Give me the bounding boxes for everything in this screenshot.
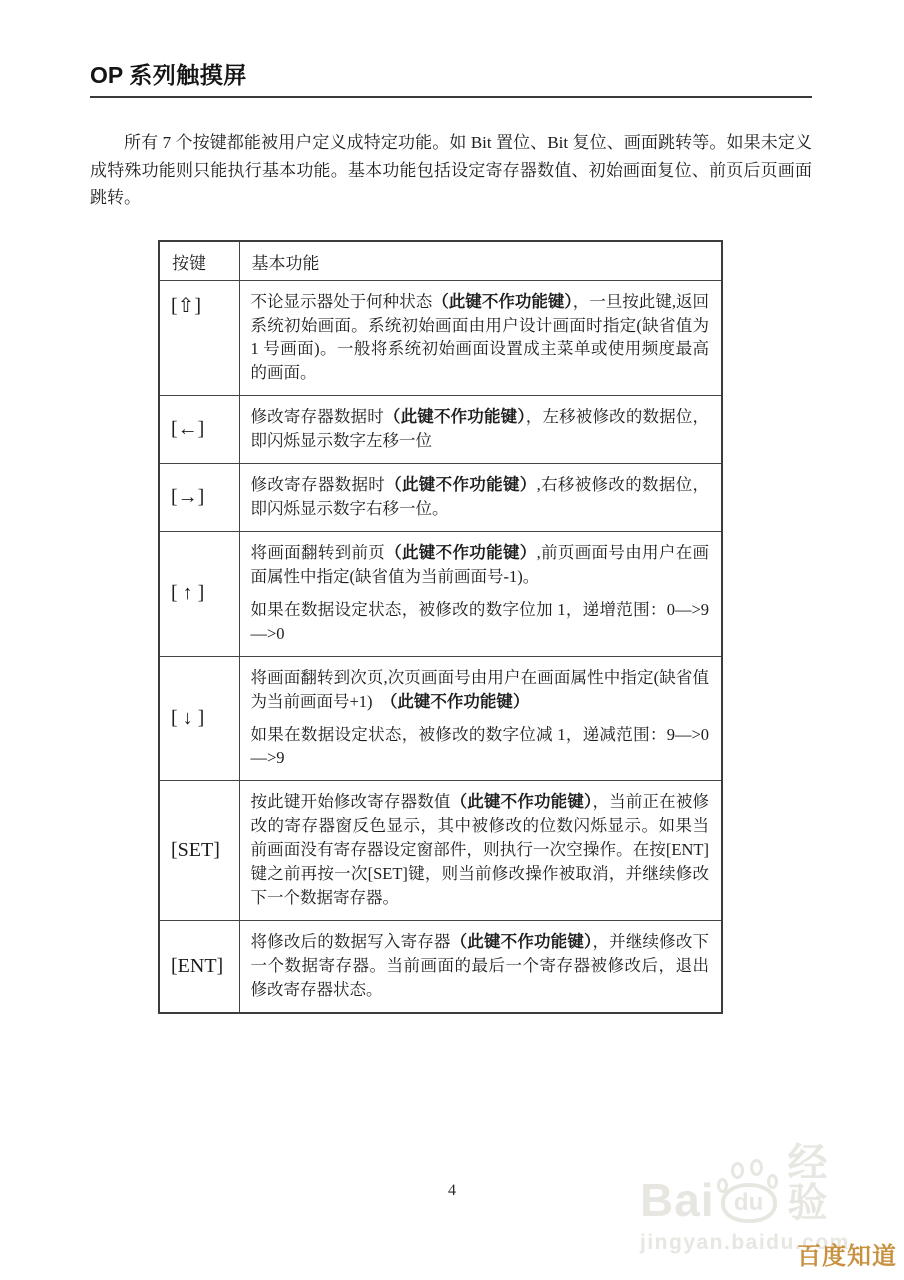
watermark-badge: 百度知道 (797, 1245, 897, 1269)
table-row: [ENT]将修改后的数据写入寄存器（此键不作功能键），并继续修改下一个数据寄存器… (159, 920, 722, 1012)
header-divider (90, 96, 812, 98)
key-label: [⇧] (159, 280, 239, 396)
bold-phrase: （此键不作功能键） (384, 407, 526, 426)
brand-name: OP (90, 62, 123, 88)
key-label: [ ↓ ] (159, 656, 239, 781)
document-page: OP系列触摸屏 所有 7 个按键都能被用户定义成特定功能。如 Bit 置位、Bi… (0, 0, 904, 1280)
description-paragraph: 将修改后的数据写入寄存器（此键不作功能键），并继续修改下一个数据寄存器。当前画面… (251, 930, 710, 1002)
key-label: [SET] (159, 781, 239, 921)
function-description: 不论显示器处于何种状态（此键不作功能键），一旦按此键,返回系统初始画面。系统初始… (239, 280, 722, 396)
text-segment: 将画面翻转到前页 (251, 543, 386, 562)
bold-phrase: （此键不作功能键） (451, 932, 593, 951)
function-description: 将修改后的数据写入寄存器（此键不作功能键），并继续修改下一个数据寄存器。当前画面… (239, 920, 722, 1012)
table-row: [→]修改寄存器数据时（此键不作功能键）,右移被修改的数据位，即闪烁显示数字右移… (159, 464, 722, 532)
bold-phrase: （此键不作功能键） (451, 792, 593, 811)
key-table-body: [⇧]不论显示器处于何种状态（此键不作功能键），一旦按此键,返回系统初始画面。系… (159, 280, 722, 1013)
description-paragraph: 如果在数据设定状态，被修改的数字位减 1，递减范围：9—>0—>9 (251, 723, 710, 771)
text-segment: 修改寄存器数据时 (251, 475, 386, 494)
text-segment: 将修改后的数据写入寄存器 (251, 932, 451, 951)
baidu-jingyan-logo: Baidu经验 (640, 1143, 870, 1223)
key-label: [ ↑ ] (159, 531, 239, 656)
function-description: 将画面翻转到前页（此键不作功能键）,前页画面号由用户在画面属性中指定(缺省值为当… (239, 531, 722, 656)
jingyan-logo-text: 经验 (787, 1143, 870, 1223)
intro-paragraph: 所有 7 个按键都能被用户定义成特定功能。如 Bit 置位、Bit 复位、画面跳… (90, 129, 812, 212)
text-segment: 修改寄存器数据时 (251, 407, 384, 426)
table-row: [SET]按此键开始修改寄存器数值（此键不作功能键），当前正在被修改的寄存器窗反… (159, 781, 722, 921)
text-segment: 不论显示器处于何种状态 (251, 292, 433, 311)
key-label: [→] (159, 464, 239, 532)
description-paragraph: 修改寄存器数据时（此键不作功能键），左移被修改的数据位，即闪烁显示数字左移一位 (251, 405, 710, 453)
function-description: 按此键开始修改寄存器数值（此键不作功能键），当前正在被修改的寄存器窗反色显示，其… (239, 781, 722, 921)
key-label: [ENT] (159, 920, 239, 1012)
watermark: Baidu经验 jingyan.baidu.com (640, 1143, 870, 1253)
bold-phrase: （此键不作功能键） (385, 475, 536, 494)
function-description: 修改寄存器数据时（此键不作功能键），左移被修改的数据位，即闪烁显示数字左移一位 (239, 396, 722, 464)
text-segment: 如果在数据设定状态，被修改的数字位减 1，递减范围：9—>0—>9 (251, 725, 710, 768)
key-function-table: 按键 基本功能 [⇧]不论显示器处于何种状态（此键不作功能键），一旦按此键,返回… (158, 240, 723, 1014)
baidu-logo-text: Bai (640, 1177, 715, 1223)
baidu-logo-du-text: du (721, 1183, 777, 1223)
key-label: [←] (159, 396, 239, 464)
description-paragraph: 不论显示器处于何种状态（此键不作功能键），一旦按此键,返回系统初始画面。系统初始… (251, 290, 710, 386)
description-paragraph: 按此键开始修改寄存器数值（此键不作功能键），当前正在被修改的寄存器窗反色显示，其… (251, 790, 710, 910)
bold-phrase: （此键不作功能键） (385, 543, 536, 562)
description-paragraph: 将画面翻转到次页,次页画面号由用户在画面属性中指定(缺省值为当前画面号+1) （… (251, 666, 710, 714)
title-text: 系列触摸屏 (129, 62, 247, 88)
table-row: [ ↓ ]将画面翻转到次页,次页画面号由用户在画面属性中指定(缺省值为当前画面号… (159, 656, 722, 781)
text-segment: 如果在数据设定状态，被修改的数字位加 1，递增范围：0—>9—>0 (251, 600, 710, 643)
table-row: [←]修改寄存器数据时（此键不作功能键），左移被修改的数据位，即闪烁显示数字左移… (159, 396, 722, 464)
baidu-paw-icon: du (717, 1159, 782, 1223)
function-description: 将画面翻转到次页,次页画面号由用户在画面属性中指定(缺省值为当前画面号+1) （… (239, 656, 722, 781)
page-content: OP系列触摸屏 所有 7 个按键都能被用户定义成特定功能。如 Bit 置位、Bi… (0, 0, 904, 1014)
text-segment: 按此键开始修改寄存器数值 (251, 792, 451, 811)
bold-phrase: （此键不作功能键） (389, 692, 529, 711)
table-header: 按键 基本功能 (159, 241, 722, 281)
column-header-key: 按键 (159, 241, 239, 281)
bold-phrase: （此键不作功能键） (432, 292, 572, 311)
description-paragraph: 如果在数据设定状态，被修改的数字位加 1，递增范围：0—>9—>0 (251, 598, 710, 646)
description-paragraph: 修改寄存器数据时（此键不作功能键）,右移被修改的数据位，即闪烁显示数字右移一位。 (251, 473, 710, 521)
table-row: [ ↑ ]将画面翻转到前页（此键不作功能键）,前页画面号由用户在画面属性中指定(… (159, 531, 722, 656)
page-title: OP系列触摸屏 (90, 62, 812, 89)
column-header-function: 基本功能 (239, 241, 722, 281)
table-row: [⇧]不论显示器处于何种状态（此键不作功能键），一旦按此键,返回系统初始画面。系… (159, 280, 722, 396)
table-header-row: 按键 基本功能 (159, 241, 722, 281)
function-description: 修改寄存器数据时（此键不作功能键）,右移被修改的数据位，即闪烁显示数字右移一位。 (239, 464, 722, 532)
description-paragraph: 将画面翻转到前页（此键不作功能键）,前页画面号由用户在画面属性中指定(缺省值为当… (251, 541, 710, 589)
document-header: OP系列触摸屏 (90, 62, 812, 98)
